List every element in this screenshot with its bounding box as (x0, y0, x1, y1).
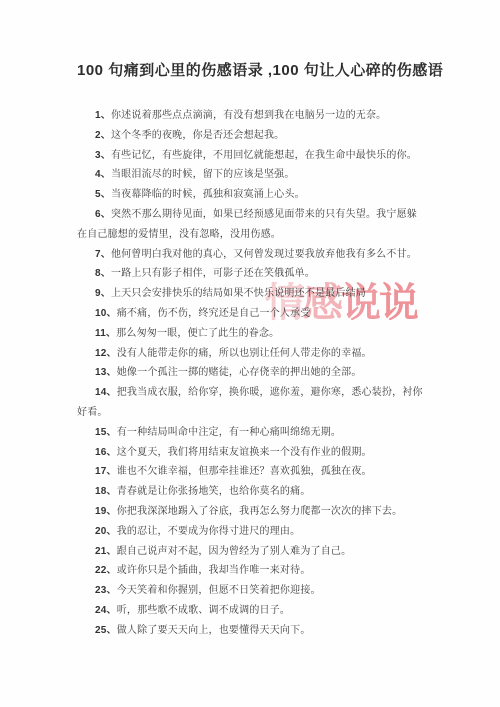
quote-text: 上天只会安排快乐的结局如果不快乐说明还不是最后结局 (111, 288, 366, 299)
quote-number: 5、 (95, 189, 111, 200)
quote-number: 25、 (95, 625, 117, 636)
quote-item: 16、这个夏天，我们将用结束友谊换来一个没有作业的假期。 (77, 443, 423, 463)
quote-text: 或许你只是个插曲，我却当作唯一来对待。 (117, 565, 311, 576)
quote-text: 今天笑着和你握别，但愿不日笑着把你迎接。 (117, 585, 321, 596)
quote-text: 这个夏天，我们将用结束友谊换来一个没有作业的假期。 (117, 447, 372, 458)
quote-number: 6、 (95, 209, 111, 220)
quote-item: 3、有些记忆，有些旋律，不用回忆就能想起，在我生命中最快乐的你。 (77, 146, 423, 166)
quote-item: 25、做人除了要天天向上，也要懂得天天向下。 (77, 621, 423, 641)
quote-number: 22、 (95, 565, 117, 576)
quote-number: 10、 (95, 308, 117, 319)
quote-text: 把我当成衣服，给你穿，换你暖，遮你羞，避你寒，悉心装扮，衬你好看。 (77, 387, 423, 418)
quote-number: 4、 (95, 169, 111, 180)
quote-item: 1、你述说着那些点点滴滴，有没有想到我在电脑另一边的无奈。 (77, 106, 423, 126)
quote-number: 20、 (95, 526, 117, 537)
quote-item: 10、痛不痛，伤不伤，终究还是自己一个人承受 (77, 304, 423, 324)
quote-list: 1、你述说着那些点点滴滴，有没有想到我在电脑另一边的无奈。 2、这个冬季的夜晚，… (77, 106, 423, 641)
quote-text: 有一种结局叫命中注定，有一种心痛叫绵绵无期。 (117, 427, 341, 438)
quote-item: 13、她像一个孤注一掷的赌徒，心存侥幸的押出她的全部。 (77, 363, 423, 383)
quote-item: 21、跟自己说声对不起，因为曾经为了别人难为了自己。 (77, 542, 423, 562)
quote-item: 23、今天笑着和你握别，但愿不日笑着把你迎接。 (77, 581, 423, 601)
quote-item: 11、那么匆匆一眼，便亡了此生的眷念。 (77, 324, 423, 344)
quote-text: 这个冬季的夜晚，你是否还会想起我。 (111, 130, 284, 141)
quote-item: 8、一路上只有影子相伴，可影子还在笑俄孤单。 (77, 264, 423, 284)
quote-text: 他何曾明白我对他的真心，又何曾发现过要我放弃他我有多么不甘。 (111, 249, 417, 260)
quote-item: 17、谁也不欠谁幸福，但那牵挂谁还？喜欢孤独，孤独在夜。 (77, 462, 423, 482)
quote-item: 24、听，那些歌不成歌、调不成调的日子。 (77, 601, 423, 621)
quote-item: 5、当夜幕降临的时候，孤独和寂寞涌上心头。 (77, 185, 423, 205)
quote-number: 23、 (95, 585, 117, 596)
quote-number: 1、 (95, 110, 111, 121)
quote-text: 当夜幕降临的时候，孤独和寂寞涌上心头。 (111, 189, 305, 200)
quote-item: 20、我的忍让，不要成为你得寸进尺的理由。 (77, 522, 423, 542)
quote-text: 青春就是让你张扬地笑，也给你莫名的痛。 (117, 486, 311, 497)
quote-text: 跟自己说声对不起，因为曾经为了别人难为了自己。 (117, 546, 352, 557)
quote-number: 16、 (95, 447, 117, 458)
quote-number: 19、 (95, 506, 117, 517)
quote-number: 2、 (95, 130, 111, 141)
quote-item: 2、这个冬季的夜晚，你是否还会想起我。 (77, 126, 423, 146)
quote-number: 8、 (95, 268, 111, 279)
quote-text: 没有人能带走你的痛，所以也别让任何人带走你的幸福。 (117, 348, 372, 359)
quote-text: 你把我深深地踢入了谷底，我再怎么努力爬都一次次的摔下去。 (117, 506, 403, 517)
quote-text: 她像一个孤注一掷的赌徒，心存侥幸的押出她的全部。 (117, 367, 362, 378)
quote-number: 11、 (95, 328, 116, 339)
quote-text: 痛不痛，伤不伤，终究还是自己一个人承受 (117, 308, 311, 319)
quote-item: 9、上天只会安排快乐的结局如果不快乐说明还不是最后结局 (77, 284, 423, 304)
quote-number: 9、 (95, 288, 111, 299)
quote-text: 有些记忆，有些旋律，不用回忆就能想起，在我生命中最快乐的你。 (111, 150, 417, 161)
quote-number: 18、 (95, 486, 117, 497)
quote-item: 19、你把我深深地踢入了谷底，我再怎么努力爬都一次次的摔下去。 (77, 502, 423, 522)
quote-item: 7、他何曾明白我对他的真心，又何曾发现过要我放弃他我有多么不甘。 (77, 245, 423, 265)
quote-text: 做人除了要天天向上，也要懂得天天向下。 (117, 625, 311, 636)
quote-item: 6、突然不那么期待见面，如果已经预感见面带来的只有失望。我宁愿躲在自己臆想的爱情… (77, 205, 423, 245)
quote-number: 15、 (95, 427, 117, 438)
quote-text: 我的忍让，不要成为你得寸进尺的理由。 (117, 526, 301, 537)
quote-number: 17、 (95, 466, 117, 477)
quote-number: 12、 (95, 348, 117, 359)
quote-text: 你述说着那些点点滴滴，有没有想到我在电脑另一边的无奈。 (111, 110, 386, 121)
quote-number: 13、 (95, 367, 117, 378)
quote-number: 7、 (95, 249, 111, 260)
document-page: 100 句痛到心里的伤感语录 ,100 句让人心碎的伤感语 情感说说 1、你述说… (0, 0, 500, 707)
quote-number: 21、 (95, 546, 117, 557)
quote-text: 一路上只有影子相伴，可影子还在笑俄孤单。 (111, 268, 315, 279)
quote-item: 18、青春就是让你张扬地笑，也给你莫名的痛。 (77, 482, 423, 502)
quote-text: 听，那些歌不成歌、调不成调的日子。 (117, 605, 290, 616)
quote-item: 4、当眼泪流尽的时候，留下的应该是坚强。 (77, 165, 423, 185)
quote-item: 12、没有人能带走你的痛，所以也别让任何人带走你的幸福。 (77, 344, 423, 364)
quote-item: 22、或许你只是个插曲，我却当作唯一来对待。 (77, 561, 423, 581)
quote-number: 14、 (95, 387, 117, 398)
page-title: 100 句痛到心里的伤感语录 ,100 句让人心碎的伤感语 (77, 60, 423, 82)
quote-number: 24、 (95, 605, 117, 616)
quote-text: 那么匆匆一眼，便亡了此生的眷念。 (116, 328, 279, 339)
quote-item: 14、把我当成衣服，给你穿，换你暖，遮你羞，避你寒，悉心装扮，衬你好看。 (77, 383, 423, 423)
quote-item: 15、有一种结局叫命中注定，有一种心痛叫绵绵无期。 (77, 423, 423, 443)
quote-number: 3、 (95, 150, 111, 161)
quote-text: 突然不那么期待见面，如果已经预感见面带来的只有失望。我宁愿躲在自己臆想的爱情里，… (77, 209, 417, 240)
quote-text: 当眼泪流尽的时候，留下的应该是坚强。 (111, 169, 295, 180)
quote-text: 谁也不欠谁幸福，但那牵挂谁还？喜欢孤独，孤独在夜。 (117, 466, 372, 477)
